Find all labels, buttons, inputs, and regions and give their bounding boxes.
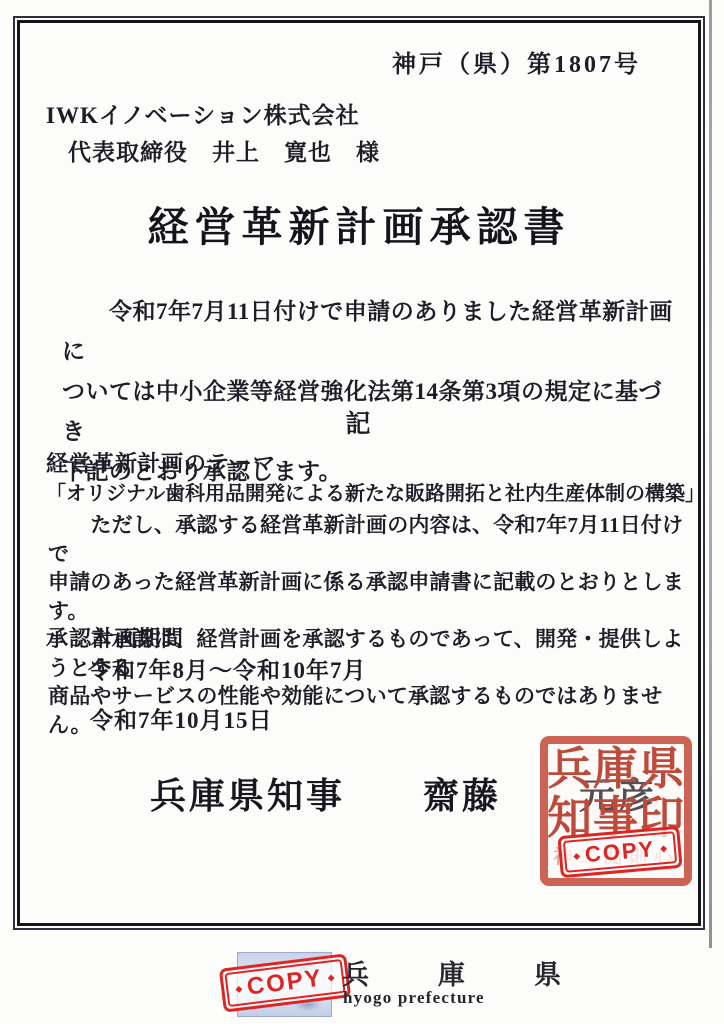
diamond-icon: ◆ [573,851,581,861]
prefecture-name-english: hyogo prefecture [343,988,485,1008]
issue-date: 令和7年10月15日 [90,702,273,735]
document-number: 神戸（県）第1807号 [392,44,641,79]
copy-stamp-frame: ◆ COPY ◆ [563,831,678,873]
copy-stamp-label: COPY [584,836,656,868]
diamond-icon: ◆ [660,843,668,853]
record-mark: 記 [13,404,705,440]
recipient-company-name: IWKイノベーション株式会社 [46,97,360,130]
recipient-person-name: 代表取締役 井上 寛也 様 [68,134,380,167]
plan-theme-text: 「オリジナル歯科用品開発による新たな販路開拓と社内生産体制の構築」 [46,477,705,506]
prefecture-name-japanese: 兵 庫 県 [342,953,582,992]
certificate-title: 経営革新計画承認書 [13,194,705,253]
seal-text-row1: 兵庫県 [547,745,685,794]
diamond-icon: ◆ [235,984,243,994]
approved-period-value: 令和7年8月～令和10年7月 [88,652,367,685]
scanned-certificate-page: 神戸（県）第1807号 IWKイノベーション株式会社 代表取締役 井上 寛也 様… [0,0,724,1024]
plan-theme-label: 経営革新計画のテーマ [46,447,276,478]
copy-stamp-frame: ◆ COPY ◆ [224,959,345,1007]
diamond-icon: ◆ [327,972,335,982]
approved-period-label: 承認計画期間 [46,622,184,653]
scan-page-edge [709,0,712,948]
copy-stamp-label: COPY [245,964,324,1001]
